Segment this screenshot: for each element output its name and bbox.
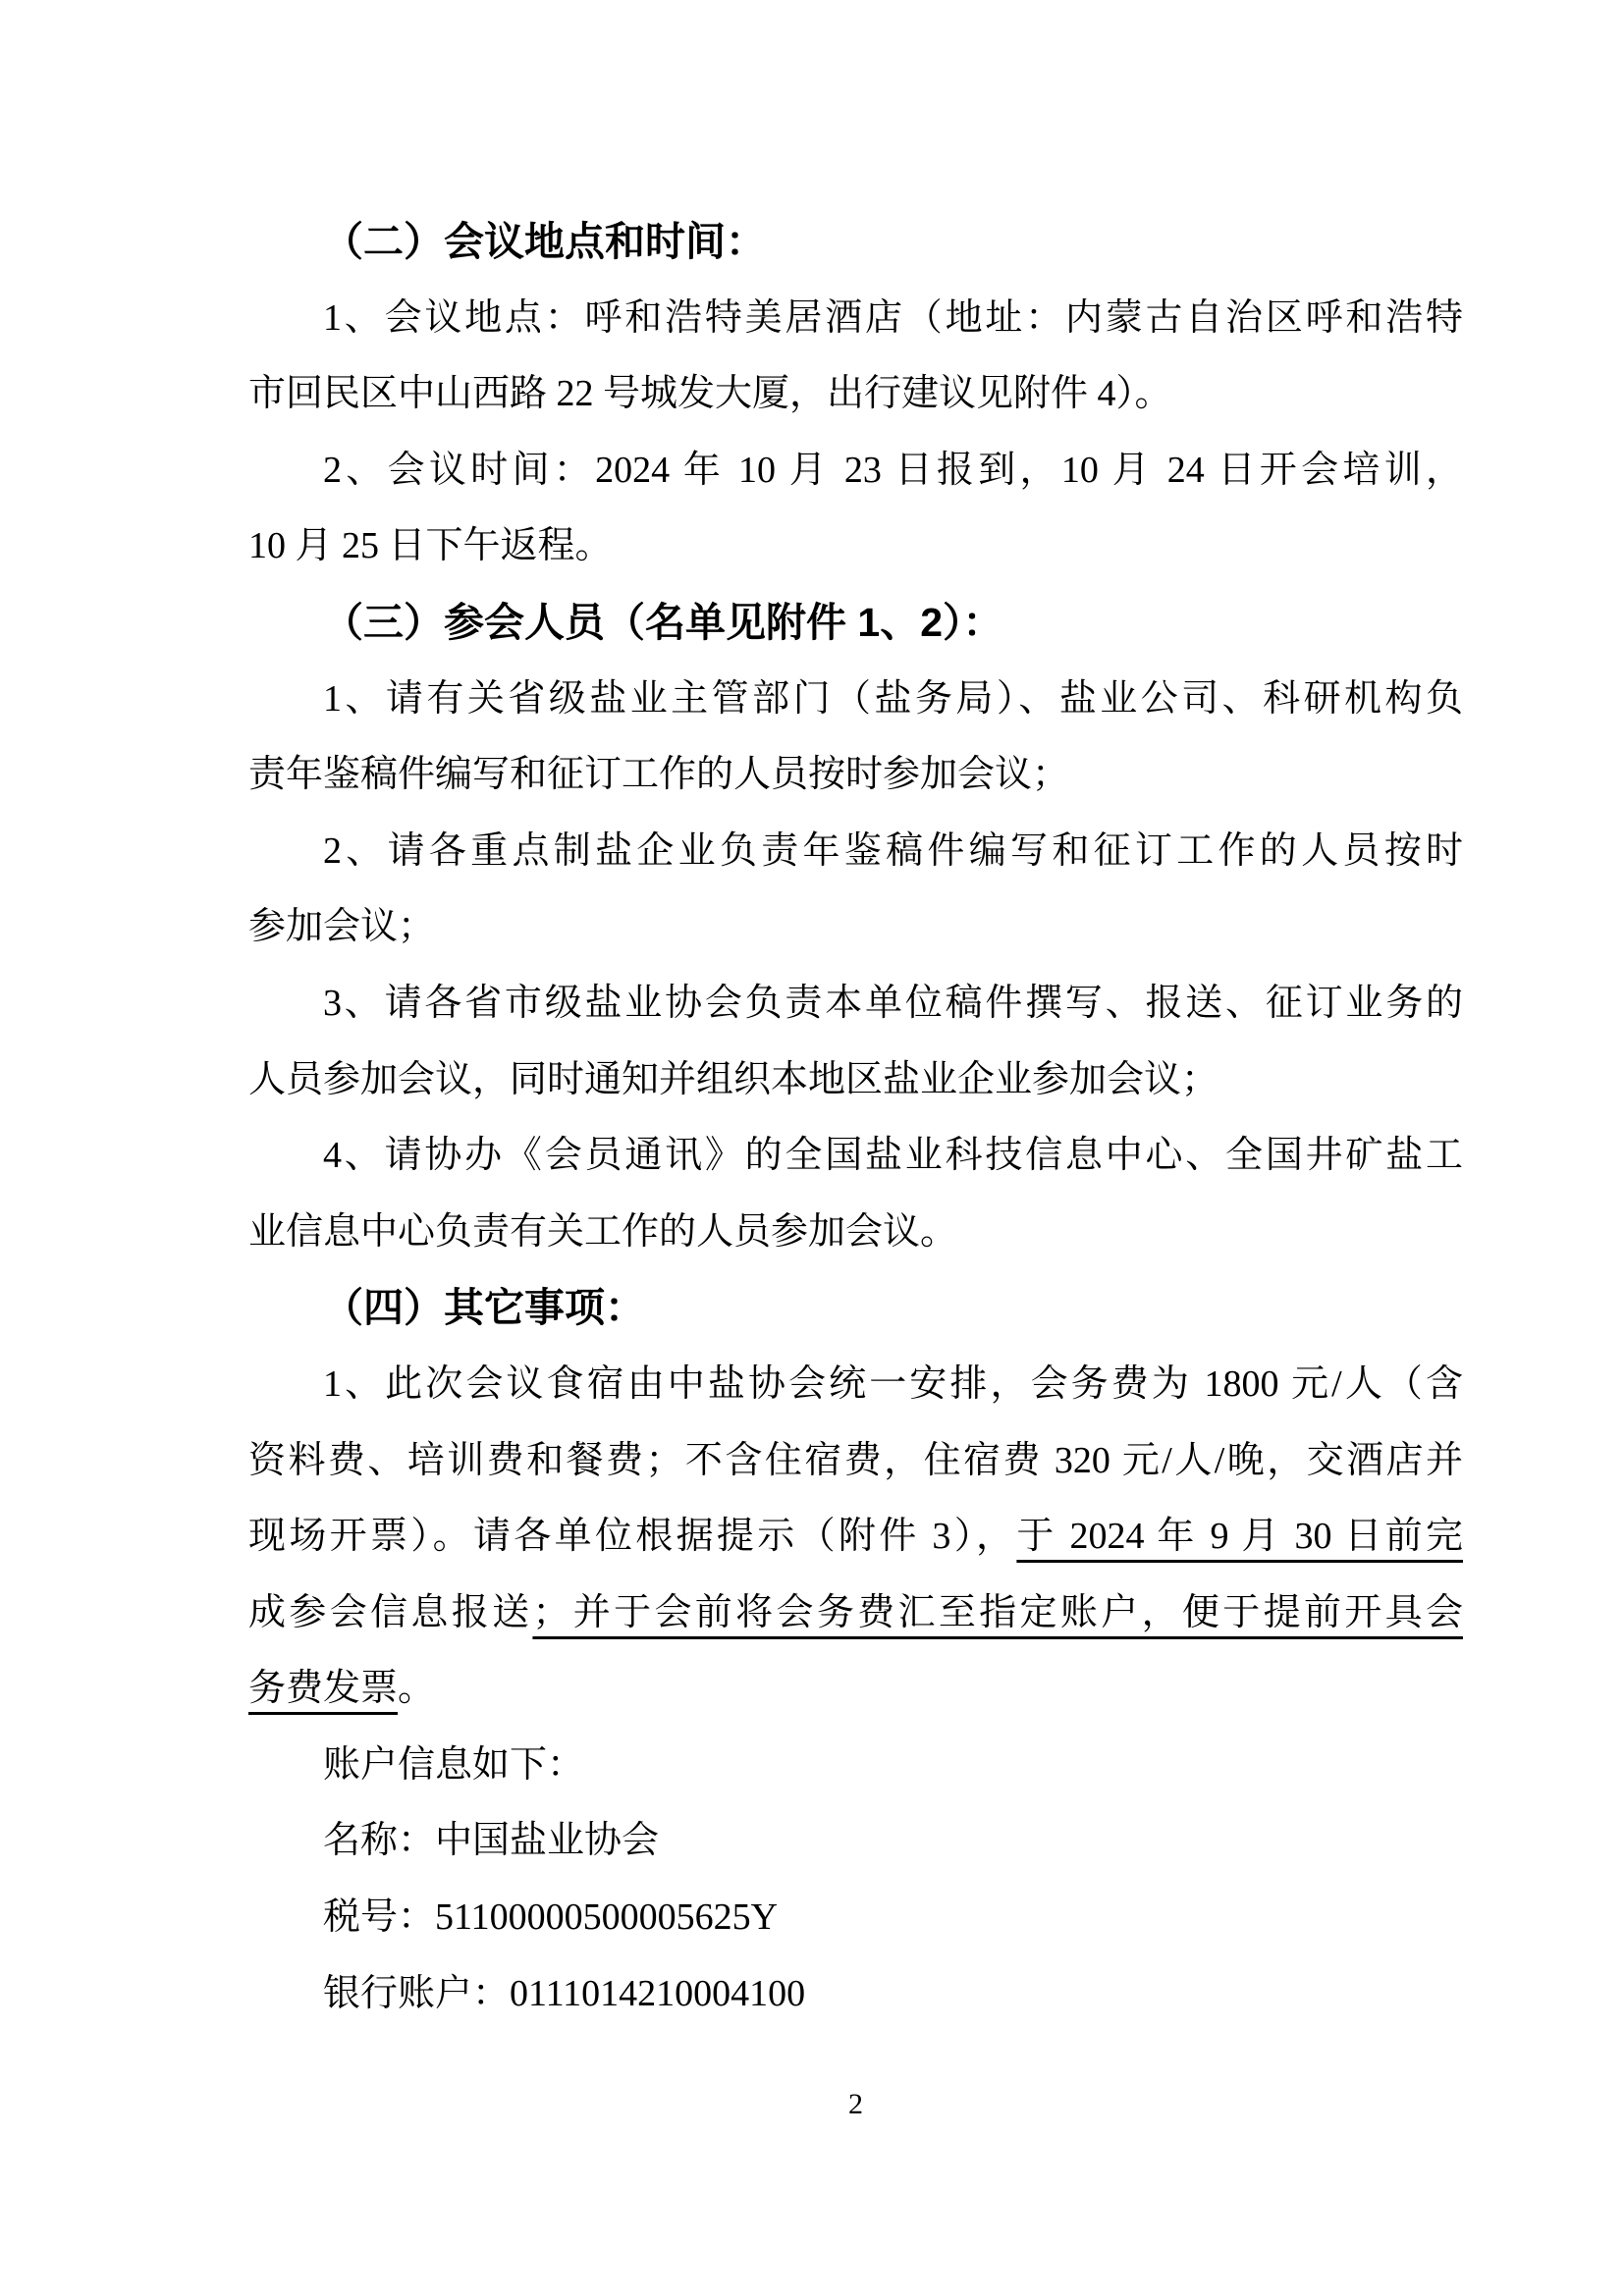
text-run: 。	[398, 1668, 435, 1709]
text-run: （三）参会人员（名单见附件 1、2）：	[323, 600, 1003, 645]
document-line: 1、此次会议食宿由中盐协会统一安排，会务费为 1800 元/人（含	[248, 1347, 1463, 1423]
document-line: 银行账户：0111014210004100	[248, 1956, 1463, 2033]
document-line: 4、请协办《会员通讯》的全国盐业科技信息中心、全国井矿盐工	[248, 1118, 1463, 1195]
text-run: 4、请协办《会员通讯》的全国盐业科技信息中心、全国井矿盐工	[323, 1135, 1463, 1176]
document-line: 10 月 25 日下午返程。	[248, 508, 1463, 585]
text-run: 成参会信息报送	[248, 1592, 532, 1633]
text-run: 现场开票）。请各单位根据提示（附件 3），	[248, 1516, 1016, 1557]
text-run: 参加会议；	[248, 906, 435, 947]
text-run: 10 月 25 日下午返程。	[248, 525, 613, 566]
text-run: 账户信息如下：	[323, 1744, 584, 1786]
text-run: 资料费、培训费和餐费；不含住宿费，住宿费 320 元/人/晚，交酒店并	[248, 1440, 1463, 1481]
document-line: 2、会议时间：2024 年 10 月 23 日报到，10 月 24 日开会培训，	[248, 433, 1463, 509]
underlined-text: ；并于会前将会务费汇至指定账户，便于提前开具会	[532, 1592, 1463, 1633]
document-line: 2、请各重点制盐企业负责年鉴稿件编写和征订工作的人员按时	[248, 814, 1463, 890]
text-run: 3、请各省市级盐业协会负责本单位稿件撰写、报送、征订业务的	[323, 983, 1463, 1024]
text-run: 1、请有关省级盐业主管部门（盐务局）、盐业公司、科研机构负	[323, 678, 1463, 720]
document-line: 名称：中国盐业协会	[248, 1803, 1463, 1880]
underlined-text: 务费发票	[248, 1668, 398, 1709]
document-line: 成参会信息报送；并于会前将会务费汇至指定账户，便于提前开具会	[248, 1575, 1463, 1652]
document-body: （二）会议地点和时间：1、会议地点：呼和浩特美居酒店（地址：内蒙古自治区呼和浩特…	[248, 204, 1463, 2032]
document-line: 人员参加会议，同时通知并组织本地区盐业企业参加会议；	[248, 1042, 1463, 1119]
document-line: 参加会议；	[248, 889, 1463, 966]
document-line: 3、请各省市级盐业协会负责本单位稿件撰写、报送、征订业务的	[248, 966, 1463, 1042]
section-heading: （二）会议地点和时间：	[248, 204, 1463, 281]
document-line: 现场开票）。请各单位根据提示（附件 3），于 2024 年 9 月 30 日前完	[248, 1499, 1463, 1575]
text-run: 人员参加会议，同时通知并组织本地区盐业企业参加会议；	[248, 1059, 1218, 1100]
text-run: 2、会议时间：2024 年 10 月 23 日报到，10 月 24 日开会培训，	[323, 450, 1463, 491]
text-run: 业信息中心负责有关工作的人员参加会议。	[248, 1211, 957, 1253]
underlined-text: 于 2024 年 9 月 30 日前完	[1016, 1516, 1463, 1557]
text-run: （二）会议地点和时间：	[323, 219, 766, 264]
text-run: 银行账户：0111014210004100	[323, 1973, 805, 2014]
document-line: 账户信息如下：	[248, 1728, 1463, 1804]
document-line: 责年鉴稿件编写和征订工作的人员按时参加会议；	[248, 737, 1463, 814]
document-page: （二）会议地点和时间：1、会议地点：呼和浩特美居酒店（地址：内蒙古自治区呼和浩特…	[0, 0, 1624, 2296]
document-line: 1、会议地点：呼和浩特美居酒店（地址：内蒙古自治区呼和浩特	[248, 281, 1463, 357]
text-run: 1、此次会议食宿由中盐协会统一安排，会务费为 1800 元/人（含	[323, 1363, 1463, 1405]
page-number: 2	[248, 2085, 1463, 2124]
document-line: 业信息中心负责有关工作的人员参加会议。	[248, 1195, 1463, 1271]
text-run: 责年鉴稿件编写和征订工作的人员按时参加会议；	[248, 754, 1069, 795]
text-run: 税号：51100000500005625Y	[323, 1896, 778, 1938]
text-run: 名称：中国盐业协会	[323, 1820, 659, 1861]
document-line: 务费发票。	[248, 1651, 1463, 1728]
section-heading: （四）其它事项：	[248, 1270, 1463, 1347]
document-line: 资料费、培训费和餐费；不含住宿费，住宿费 320 元/人/晚，交酒店并	[248, 1423, 1463, 1500]
document-line: 市回民区中山西路 22 号城发大厦，出行建议见附件 4）。	[248, 356, 1463, 433]
text-run: （四）其它事项：	[323, 1285, 645, 1330]
text-run: 1、会议地点：呼和浩特美居酒店（地址：内蒙古自治区呼和浩特	[323, 297, 1463, 339]
section-heading: （三）参会人员（名单见附件 1、2）：	[248, 585, 1463, 662]
document-line: 1、请有关省级盐业主管部门（盐务局）、盐业公司、科研机构负	[248, 662, 1463, 738]
document-line: 税号：51100000500005625Y	[248, 1880, 1463, 1956]
text-run: 2、请各重点制盐企业负责年鉴稿件编写和征订工作的人员按时	[323, 830, 1463, 872]
text-run: 市回民区中山西路 22 号城发大厦，出行建议见附件 4）。	[248, 373, 1172, 414]
